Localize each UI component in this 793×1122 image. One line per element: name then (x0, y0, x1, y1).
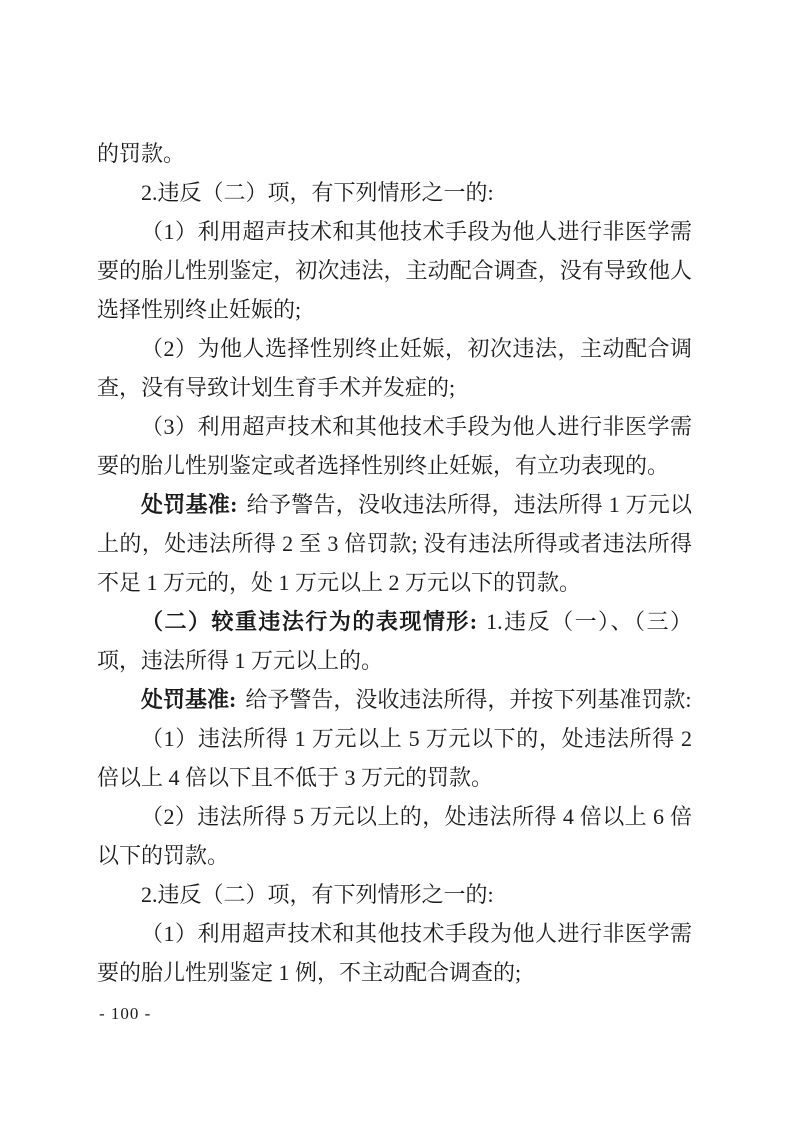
paragraph: （2）为他人选择性别终止妊娠，初次违法，主动配合调查，没有导致计划生育手术并发症… (97, 329, 692, 407)
paragraph-lead-bold: 处罚基准: (141, 492, 237, 517)
document-body: 的罚款。 2.违反（二）项，有下列情形之一的: （1）利用超声技术和其他技术手段… (97, 134, 692, 992)
page-number: - 100 - (99, 1004, 151, 1024)
paragraph-text: （3）利用超声技术和其他技术手段为他人进行非医学需要的胎儿性别鉴定或者选择性别终… (97, 414, 692, 478)
paragraph-text: （1）违法所得 1 万元以上 5 万元以下的，处违法所得 2 倍以上 4 倍以下… (97, 726, 692, 790)
paragraph-text: （2）为他人选择性别终止妊娠，初次违法，主动配合调查，没有导致计划生育手术并发症… (97, 336, 692, 400)
paragraph-lead-bold: 处罚基准: (141, 687, 236, 712)
paragraph: （二）较重违法行为的表现情形:1.违反（一）、（三）项，违法所得 1 万元以上的… (97, 602, 692, 680)
paragraph: （1）违法所得 1 万元以上 5 万元以下的，处违法所得 2 倍以上 4 倍以下… (97, 719, 692, 797)
paragraph-text: （2）违法所得 5 万元以上的，处违法所得 4 倍以上 6 倍以下的罚款。 (97, 804, 692, 868)
paragraph-text: 的罚款。 (97, 141, 185, 166)
paragraph: 2.违反（二）项，有下列情形之一的: (97, 173, 692, 212)
paragraph: （2）违法所得 5 万元以上的，处违法所得 4 倍以上 6 倍以下的罚款。 (97, 797, 692, 875)
paragraph: 2.违反（二）项，有下列情形之一的: (97, 875, 692, 914)
paragraph-text: （1）利用超声技术和其他技术手段为他人进行非医学需要的胎儿性别鉴定，初次违法，主… (97, 219, 692, 322)
paragraph: 的罚款。 (97, 134, 692, 173)
paragraph-text: 2.违反（二）项，有下列情形之一的: (141, 882, 494, 907)
paragraph: （1）利用超声技术和其他技术手段为他人进行非医学需要的胎儿性别鉴定，初次违法，主… (97, 212, 692, 329)
paragraph-text: （1）利用超声技术和其他技术手段为他人进行非医学需要的胎儿性别鉴定 1 例，不主… (97, 921, 692, 985)
paragraph: 处罚基准:给予警告，没收违法所得，违法所得 1 万元以上的，处违法所得 2 至 … (97, 485, 692, 602)
paragraph: （1）利用超声技术和其他技术手段为他人进行非医学需要的胎儿性别鉴定 1 例，不主… (97, 914, 692, 992)
paragraph-lead-bold: （二）较重违法行为的表现情形: (141, 609, 477, 634)
paragraph: 处罚基准:给予警告，没收违法所得，并按下列基准罚款: (97, 680, 692, 719)
document-page: 的罚款。 2.违反（二）项，有下列情形之一的: （1）利用超声技术和其他技术手段… (0, 0, 793, 1122)
paragraph: （3）利用超声技术和其他技术手段为他人进行非医学需要的胎儿性别鉴定或者选择性别终… (97, 407, 692, 485)
paragraph-text: 2.违反（二）项，有下列情形之一的: (141, 180, 494, 205)
paragraph-text: 给予警告，没收违法所得，并按下列基准罚款: (245, 687, 691, 712)
